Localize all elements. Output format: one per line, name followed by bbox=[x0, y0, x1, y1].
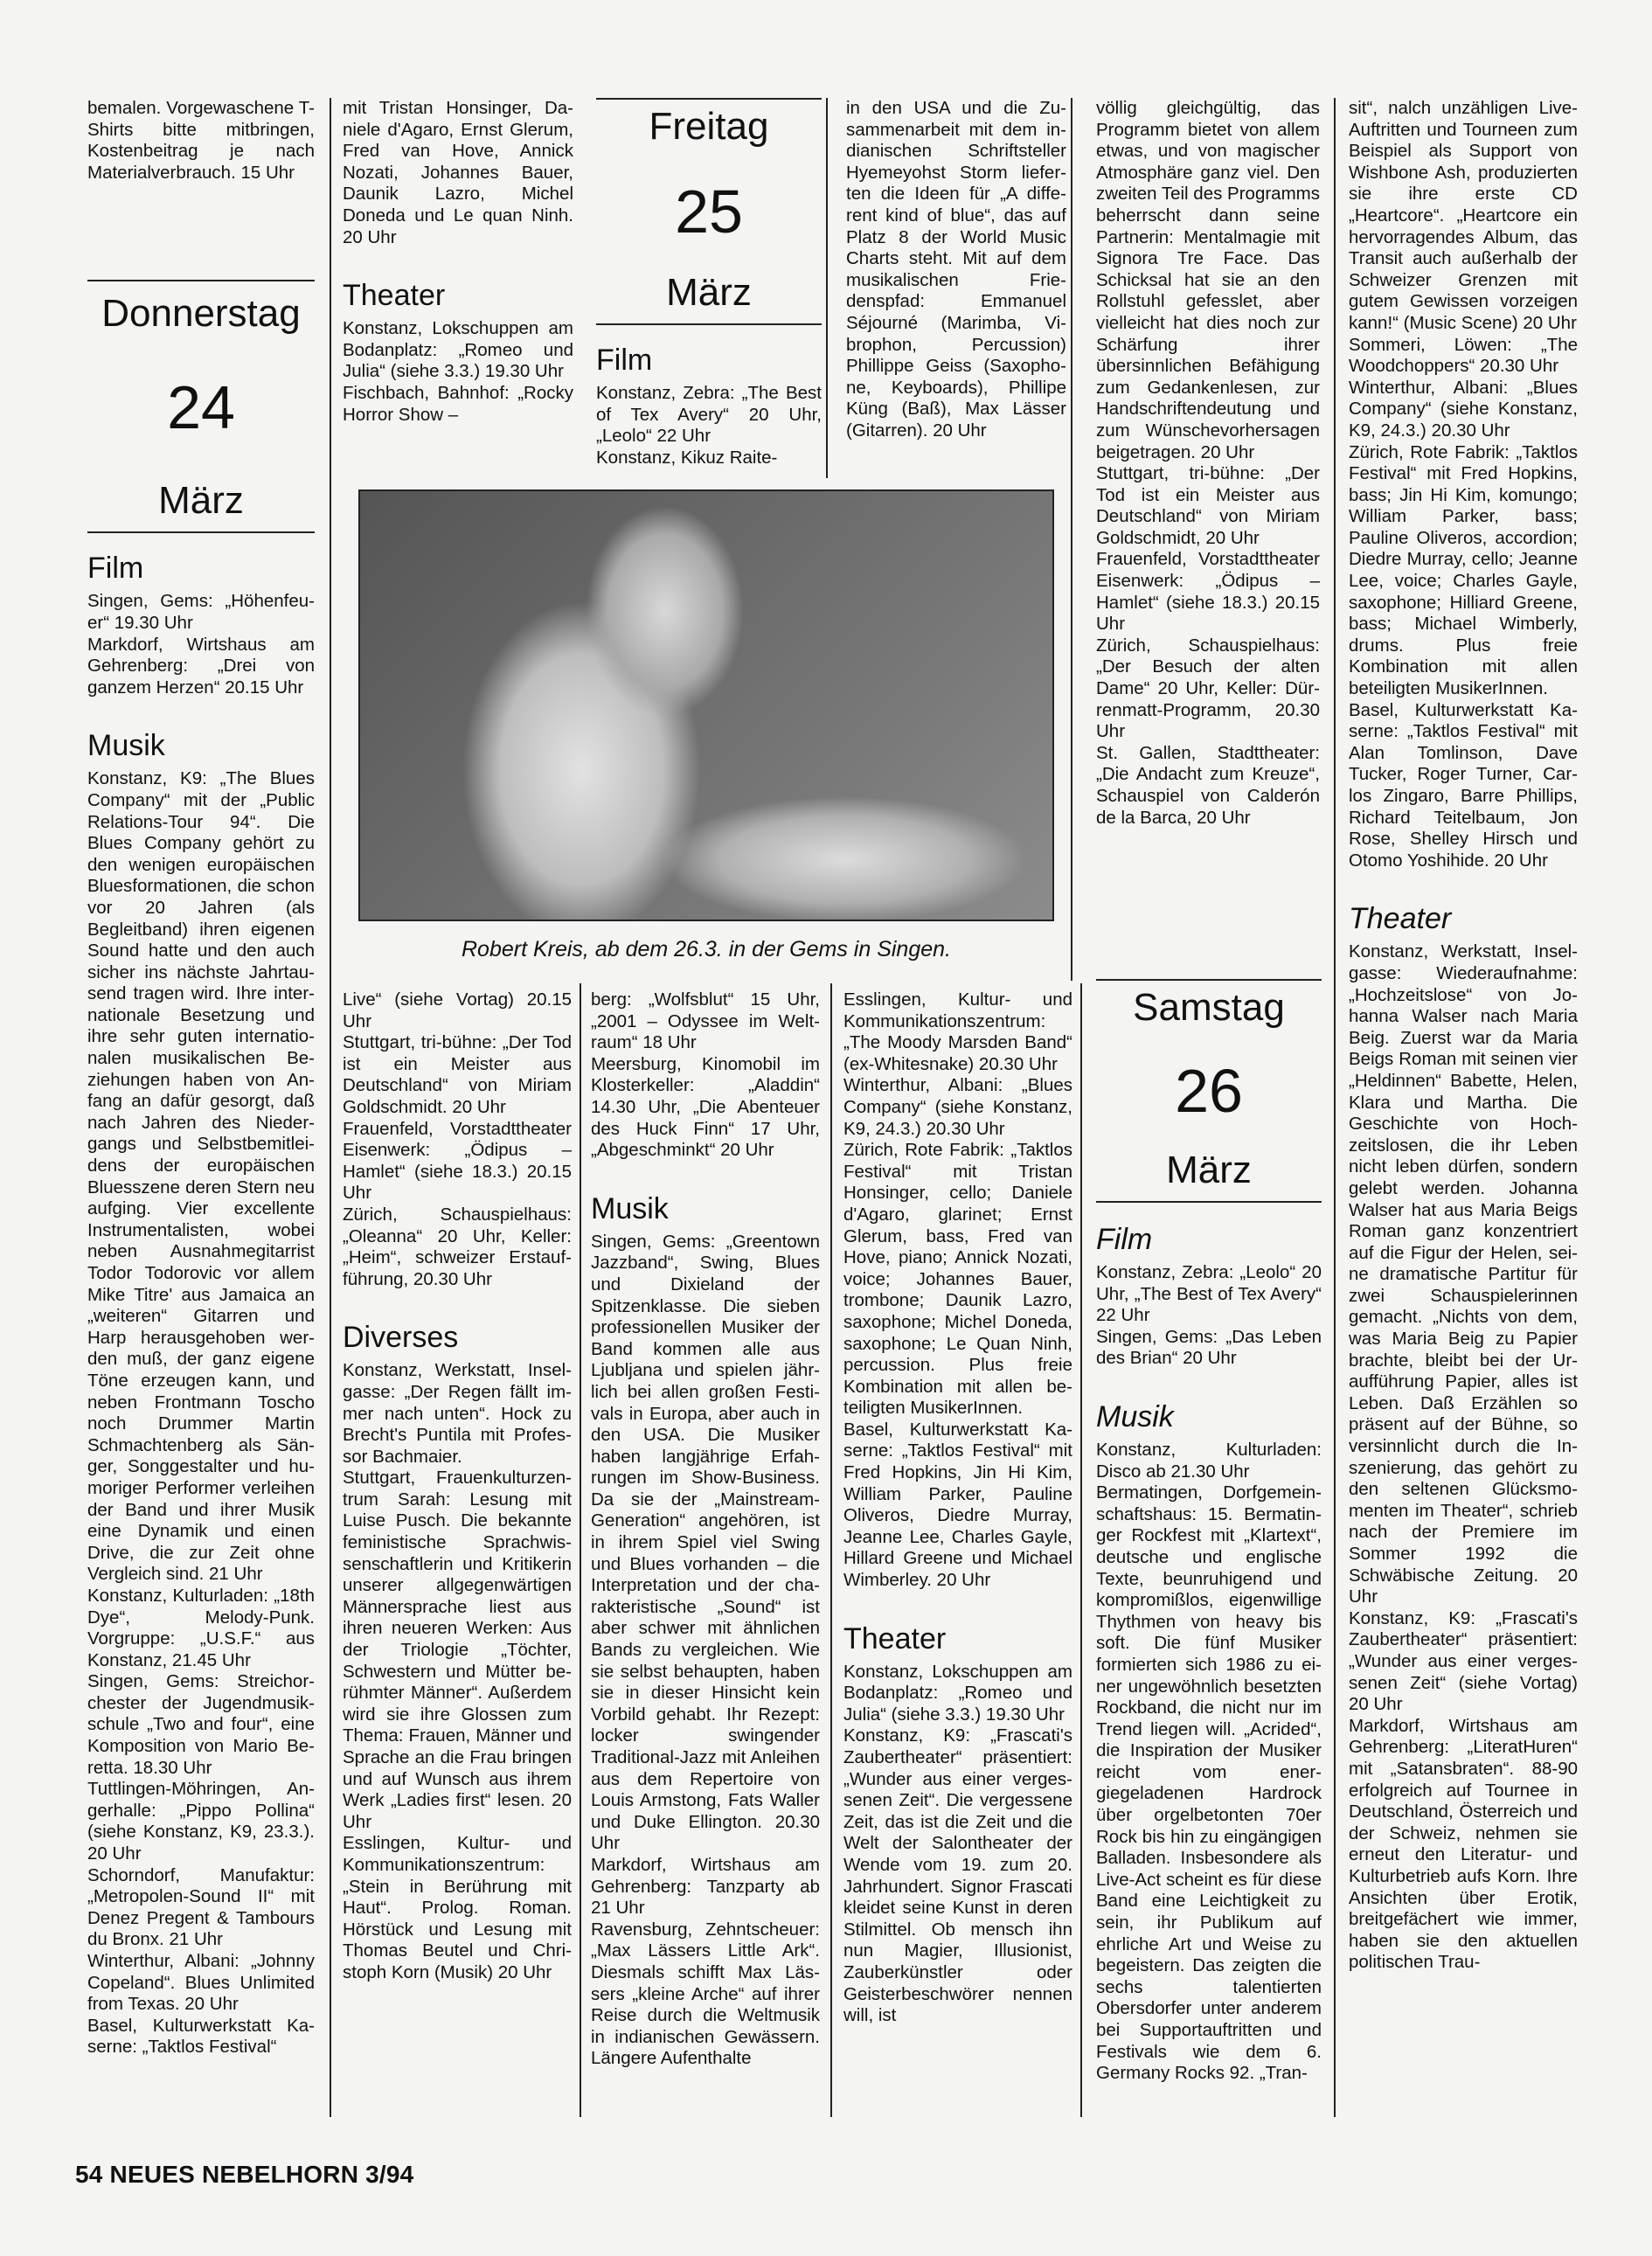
listing-entry: Stuttgart, Frauenkulturzen­trum Sarah: L… bbox=[343, 1468, 572, 1833]
listing-entry: Singen, Gems: Streichor­chester der Juge… bbox=[87, 1671, 315, 1779]
column-1: bemalen. Vorgewasche­ne T-Shirts bitte m… bbox=[87, 98, 315, 2058]
column-6: sit“, nalch unzähligen Live-Auftritten u… bbox=[1349, 98, 1578, 1974]
column-2-top: mit Tristan Honsinger, Da­niele d'Agaro,… bbox=[343, 98, 573, 426]
column-rule bbox=[1071, 98, 1072, 981]
column-rule bbox=[826, 98, 828, 478]
section-heading-diverses: Diverses bbox=[343, 1320, 572, 1355]
column-rule bbox=[1334, 98, 1336, 2117]
listing-entry: berg: „Wolfsblut“ 15 Uhr, „2001 – Odysse… bbox=[591, 989, 820, 1054]
section-heading-musik: Musik bbox=[87, 728, 315, 763]
day-header-friday: Freitag 25 März bbox=[596, 98, 822, 325]
section-heading-film: Film bbox=[1096, 1222, 1322, 1257]
listing-entry: Winterthur, Albani: „Blues Company“ (sie… bbox=[843, 1075, 1072, 1140]
magazine-name: NEUES NEBELHORN bbox=[110, 2161, 359, 2188]
page-footer: 54 NEUES NEBELHORN 3/94 bbox=[75, 2161, 413, 2189]
listing-entry: Winterthur, Albani: „Johnny Copeland“. B… bbox=[87, 1951, 315, 2016]
column-rule bbox=[330, 98, 331, 2117]
photo-robert-kreis bbox=[358, 489, 1054, 921]
column-4-top: in den USA und die Zu­sammenarbeit mit d… bbox=[846, 98, 1066, 442]
column-3-bottom: berg: „Wolfsblut“ 15 Uhr, „2001 – Odysse… bbox=[591, 989, 820, 2070]
listing-entry: Bermatingen, Dorfgemein­schaftshaus: 15.… bbox=[1096, 1482, 1322, 2085]
listing-entry: Fischbach, Bahnhof: „Rocky Horror Show – bbox=[343, 383, 573, 426]
column-4-bottom: Esslingen, Kultur- und Kommunikationszen… bbox=[843, 989, 1072, 2027]
listing-entry: Konstanz, Werkstatt, Insel­gasse: Wieder… bbox=[1349, 941, 1578, 1607]
listing-entry: Konstanz, Kulturladen: „18th Dye“, Melod… bbox=[87, 1586, 315, 1671]
listing-entry: Markdorf, Wirtshaus am Gehrenberg: Tanzp… bbox=[591, 1855, 820, 1919]
column-rule bbox=[1080, 983, 1082, 2117]
listing-entry: Markdorf, Wirtshaus am Gehrenberg: „Lite… bbox=[1349, 1716, 1578, 1974]
day-name: Donnerstag bbox=[87, 290, 315, 337]
listing-entry: Konstanz, Kikuz Raite- bbox=[596, 448, 822, 469]
listing-entry: Basel, Kulturwerkstatt Ka­serne: „Taktlo… bbox=[843, 1420, 1072, 1592]
listing-entry: Konstanz, Kulturladen: Disco ab 21.30 Uh… bbox=[1096, 1440, 1322, 1482]
listing-entry: Konstanz, K9: „The Blues Company“ mit de… bbox=[87, 768, 315, 1586]
listing-entry: Basel, Kulturwerkstatt Ka­serne: „Taktlo… bbox=[87, 2016, 315, 2058]
listing-entry: Tuttlingen-Möhringen, An­gerhalle: „Pipp… bbox=[87, 1779, 315, 1864]
day-name: Freitag bbox=[596, 103, 822, 150]
listing-entry: Zürich, Rote Fabrik: „Takt­los Festival“… bbox=[1349, 442, 1578, 700]
listing-entry: Stuttgart, tri-bühne: „Der Tod ist ein M… bbox=[343, 1032, 572, 1118]
section-heading-musik: Musik bbox=[591, 1191, 820, 1226]
listing-entry: Esslingen, Kultur- und Kommunikationszen… bbox=[343, 1833, 572, 1983]
listing-entry: Singen, Gems: „Das Leben des Brian“ 20 U… bbox=[1096, 1327, 1322, 1370]
listing-entry: sit“, nalch unzähligen Live-Auftritten u… bbox=[1349, 98, 1578, 335]
month-name: März bbox=[87, 477, 315, 524]
listing-entry: Konstanz, Lokschuppen am Bodanplatz: „Ro… bbox=[343, 318, 573, 383]
listing-entry: Zürich, Schauspielhaus: „Oleanna“ 20 Uhr… bbox=[343, 1204, 572, 1290]
listing-entry: Stuttgart, tri-bühne: „Der Tod ist ein M… bbox=[1096, 463, 1320, 549]
column-2-bottom: Live“ (siehe Vortag) 20.15 Uhr Stuttgart… bbox=[343, 989, 572, 1984]
section-heading-theater: Theater bbox=[843, 1621, 1072, 1656]
page-number: 54 bbox=[75, 2161, 103, 2188]
day-header-thursday: Donnerstag 24 März bbox=[87, 280, 315, 533]
listing-entry: Konstanz, Zebra: „The Best of Tex Avery“… bbox=[596, 383, 822, 448]
listing-entry: Konstanz, K9: „Frascati's Zaubertheater“… bbox=[1349, 1608, 1578, 1716]
day-number: 25 bbox=[596, 177, 822, 246]
listing-entry: Winterthur, Albani: „Blues Company“ (sie… bbox=[1349, 378, 1578, 442]
section-heading-film: Film bbox=[596, 343, 822, 378]
section-heading-musik: Musik bbox=[1096, 1399, 1322, 1434]
section-heading-theater: Theater bbox=[343, 278, 573, 313]
listing-entry: Ravensburg, Zehntscheu­er: „Max Lässers … bbox=[591, 1919, 820, 2070]
continued-text: bemalen. Vorgewasche­ne T-Shirts bitte m… bbox=[87, 98, 315, 184]
month-name: März bbox=[596, 269, 822, 316]
column-rule bbox=[830, 983, 832, 2117]
day-number: 24 bbox=[87, 372, 315, 442]
section-heading-film: Film bbox=[87, 551, 315, 586]
listing-entry: Konstanz, Lokschuppen am Bodanplatz: „Ro… bbox=[843, 1662, 1072, 1726]
listing-entry: Meersburg, Kinomobil im Klosterkeller: „… bbox=[591, 1054, 820, 1162]
listing-entry: Sommeri, Löwen: „The Woodchoppers“ 20.30… bbox=[1349, 335, 1578, 378]
listing-entry: völlig gleichgültig, das Programm bietet… bbox=[1096, 98, 1320, 463]
listing-entry: Singen, Gems: „Green­town Jazzband“, Swi… bbox=[591, 1232, 820, 1855]
listing-entry: Zürich, Rote Fabrik: „Takt­los Festival“… bbox=[843, 1140, 1072, 1420]
column-rule bbox=[580, 983, 581, 2117]
listing-entry: Konstanz, K9: „Frascati's Zaubertheater“… bbox=[843, 1725, 1072, 2026]
day-number: 26 bbox=[1096, 1056, 1322, 1126]
day-header-saturday: Samstag 26 März bbox=[1096, 979, 1322, 1203]
section-heading-theater: Theater bbox=[1349, 901, 1578, 936]
listing-entry: St. Gallen, Stadttheater: „Die Andacht z… bbox=[1096, 743, 1320, 829]
listing-entry: Live“ (siehe Vortag) 20.15 Uhr bbox=[343, 989, 572, 1032]
photo-caption: Robert Kreis, ab dem 26.3. in der Gems i… bbox=[358, 937, 1054, 962]
listing-entry: Basel, Kulturwerkstatt Ka­serne: „Taktlo… bbox=[1349, 700, 1578, 872]
listing-entry: Frauenfeld, Vorstadtthea­ter Eisenwerk: … bbox=[1096, 549, 1320, 635]
column-3-top: Freitag 25 März Film Konstanz, Zebra: „T… bbox=[596, 98, 822, 469]
day-name: Samstag bbox=[1096, 984, 1322, 1031]
column-5-top: völlig gleichgültig, das Programm bietet… bbox=[1096, 98, 1320, 829]
month-name: März bbox=[1096, 1147, 1322, 1194]
listing-entry: Markdorf, Wirtshaus am Gehrenberg: „Drei… bbox=[87, 635, 315, 699]
listing-entry: Frauenfeld, Vorstadtthea­ter Eisenwerk: … bbox=[343, 1119, 572, 1204]
issue-number: 3/94 bbox=[365, 2161, 413, 2188]
listing-entry: Esslingen, Kultur- und Kommunikationszen… bbox=[843, 989, 1072, 1075]
listing-entry: Konstanz, Zebra: „Leolo“ 20 Uhr, „The Be… bbox=[1096, 1262, 1322, 1327]
continued-text: mit Tristan Honsinger, Da­niele d'Agaro,… bbox=[343, 98, 573, 248]
listing-entry: Zürich, Schauspielhaus: „Der Besuch der … bbox=[1096, 635, 1320, 743]
listing-entry: Schorndorf, Manufaktur: „Metropolen-Soun… bbox=[87, 1865, 315, 1951]
listing-entry: Singen, Gems: „Höhenfeu­er“ 19.30 Uhr bbox=[87, 591, 315, 634]
listing-entry: Konstanz, Werkstatt, Insel­gasse: „Der R… bbox=[343, 1360, 572, 1468]
column-5-bottom: Samstag 26 März Film Konstanz, Zebra: „L… bbox=[1096, 979, 1322, 2085]
continued-text: in den USA und die Zu­sammenarbeit mit d… bbox=[846, 98, 1066, 442]
